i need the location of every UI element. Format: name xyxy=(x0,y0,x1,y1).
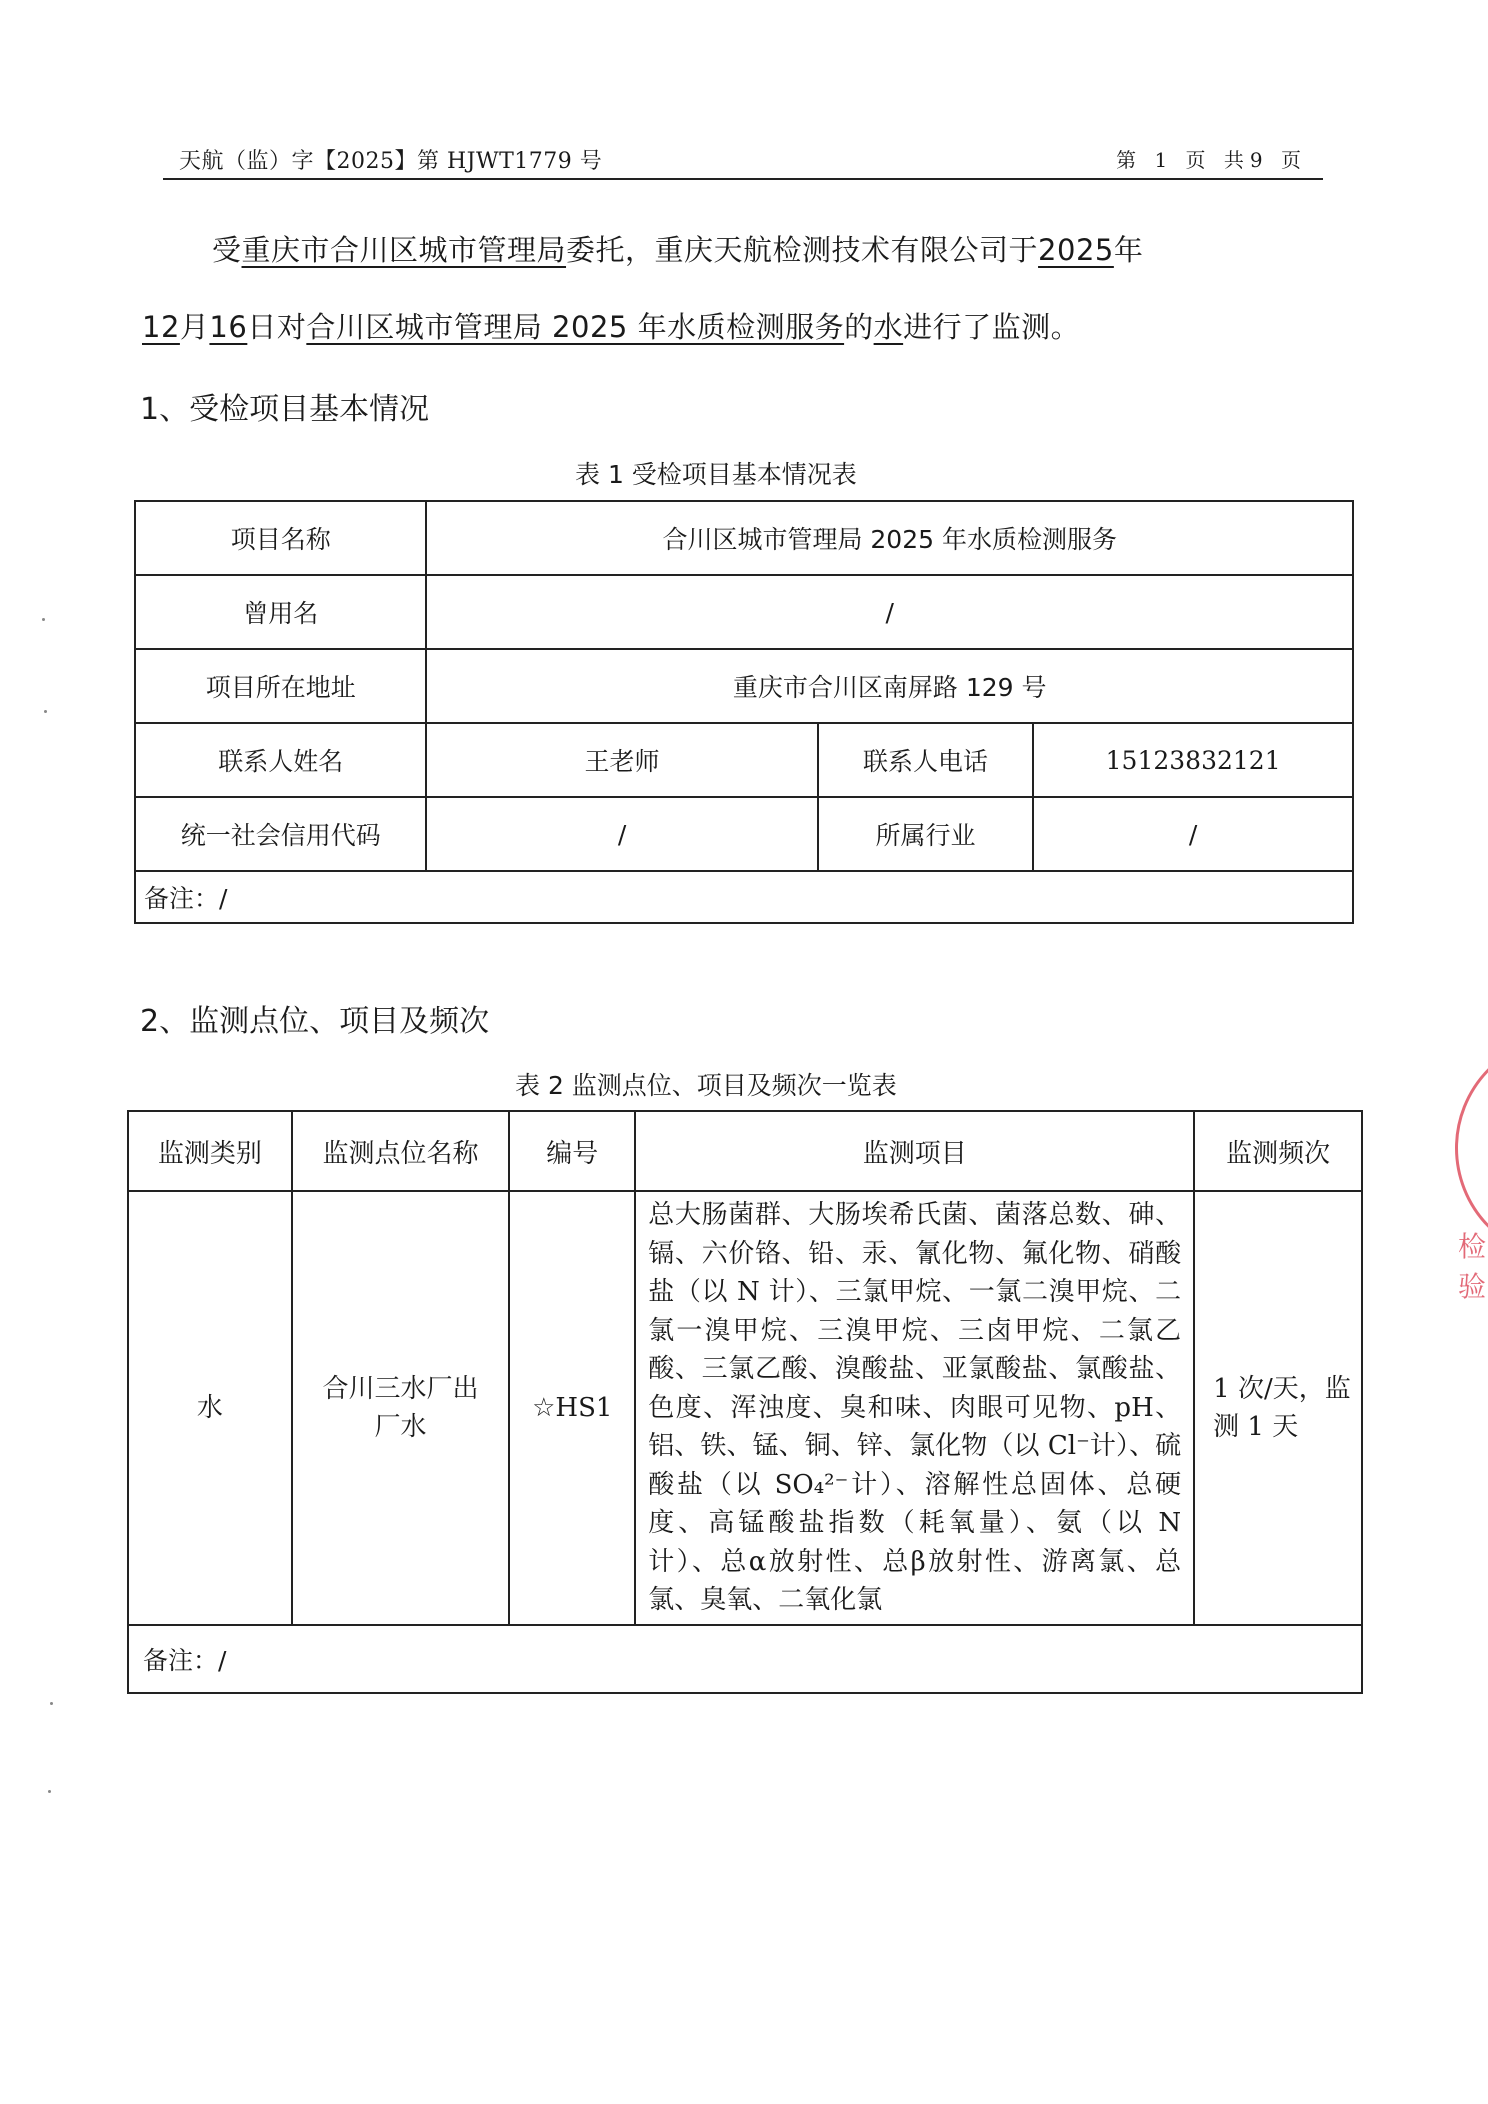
cell-label: 统一社会信用代码 xyxy=(135,797,426,871)
scan-speck xyxy=(50,1702,53,1705)
table-row: 项目所在地址 重庆市合川区南屏路 129 号 xyxy=(135,649,1353,723)
section-2-title: 2、监测点位、项目及频次 xyxy=(140,996,489,1040)
table-note: 备注：/ xyxy=(128,1625,1362,1693)
monitor-year: 2025 xyxy=(1038,233,1114,267)
site-name-cell: 合川三水厂出厂水 xyxy=(292,1191,510,1625)
column-header: 监测类别 xyxy=(128,1111,292,1191)
column-header: 监测点位名称 xyxy=(292,1111,510,1191)
cell-label: 联系人姓名 xyxy=(135,723,426,797)
official-seal-text: 检验 xyxy=(1458,1225,1488,1305)
cell-value: 重庆市合川区南屏路 129 号 xyxy=(426,649,1353,723)
table-row: 联系人姓名 王老师 联系人电话 15123832121 xyxy=(135,723,1353,797)
scan-speck xyxy=(48,1790,51,1793)
scan-speck xyxy=(44,710,47,713)
table-1-caption: 表 1 受检项目基本情况表 xyxy=(575,455,857,491)
cell-label: 项目所在地址 xyxy=(135,649,426,723)
table-2-caption: 表 2 监测点位、项目及频次一览表 xyxy=(515,1066,897,1102)
page-header: 天航（监）字【2025】第 HJWT1779 号 第 1 页 共9 页 xyxy=(163,138,1323,180)
cell-label: 所属行业 xyxy=(818,797,1034,871)
cell-label: 联系人电话 xyxy=(818,723,1034,797)
monitoring-table: 监测类别 监测点位名称 编号 监测项目 监测频次 水 合川三水厂出厂水 ☆HS1… xyxy=(127,1110,1363,1694)
intro-line-1: 受重庆市合川区城市管理局委托，重庆天航检测技术有限公司于2025年 xyxy=(212,228,1143,269)
table-row: 统一社会信用代码 / 所属行业 / xyxy=(135,797,1353,871)
column-header: 监测项目 xyxy=(635,1111,1194,1191)
medium: 水 xyxy=(874,310,904,344)
project-name: 合川区城市管理局 2025 年水质检测服务 xyxy=(306,310,844,344)
section-1-title: 1、受检项目基本情况 xyxy=(140,384,429,428)
intro-line-2: 12月16日对合川区城市管理局 2025 年水质检测服务的水进行了监测。 xyxy=(142,305,1080,346)
column-header: 监测频次 xyxy=(1194,1111,1362,1191)
table-row: 曾用名 / xyxy=(135,575,1353,649)
client-name: 重庆市合川区城市管理局 xyxy=(242,233,567,267)
cell-value: 王老师 xyxy=(426,723,817,797)
table-header-row: 监测类别 监测点位名称 编号 监测项目 监测频次 xyxy=(128,1111,1362,1191)
items-cell: 总大肠菌群、大肠埃希氏菌、菌落总数、砷、镉、六价铬、铅、汞、氰化物、氟化物、硝酸… xyxy=(635,1191,1194,1625)
scan-speck xyxy=(42,618,45,621)
table-row: 备注：/ xyxy=(135,871,1353,923)
table-row: 水 合川三水厂出厂水 ☆HS1 总大肠菌群、大肠埃希氏菌、菌落总数、砷、镉、六价… xyxy=(128,1191,1362,1625)
cell-value: / xyxy=(426,575,1353,649)
category-cell: 水 xyxy=(128,1191,292,1625)
table-note: 备注：/ xyxy=(135,871,1353,923)
cell-value: 15123832121 xyxy=(1033,723,1353,797)
table-row: 备注：/ xyxy=(128,1625,1362,1693)
cell-label: 曾用名 xyxy=(135,575,426,649)
page-info: 第 1 页 共9 页 xyxy=(1116,144,1307,173)
monitor-month: 12 xyxy=(142,310,180,344)
code-cell: ☆HS1 xyxy=(509,1191,635,1625)
cell-value: / xyxy=(426,797,817,871)
report-number: 天航（监）字【2025】第 HJWT1779 号 xyxy=(179,144,602,175)
basic-info-table: 项目名称 合川区城市管理局 2025 年水质检测服务 曾用名 / 项目所在地址 … xyxy=(134,500,1354,924)
cell-label: 项目名称 xyxy=(135,501,426,575)
monitor-day: 16 xyxy=(209,310,247,344)
cell-value: / xyxy=(1033,797,1353,871)
frequency-cell: 1 次/天，监测 1 天 xyxy=(1194,1191,1362,1625)
cell-value: 合川区城市管理局 2025 年水质检测服务 xyxy=(426,501,1353,575)
column-header: 编号 xyxy=(509,1111,635,1191)
table-row: 项目名称 合川区城市管理局 2025 年水质检测服务 xyxy=(135,501,1353,575)
